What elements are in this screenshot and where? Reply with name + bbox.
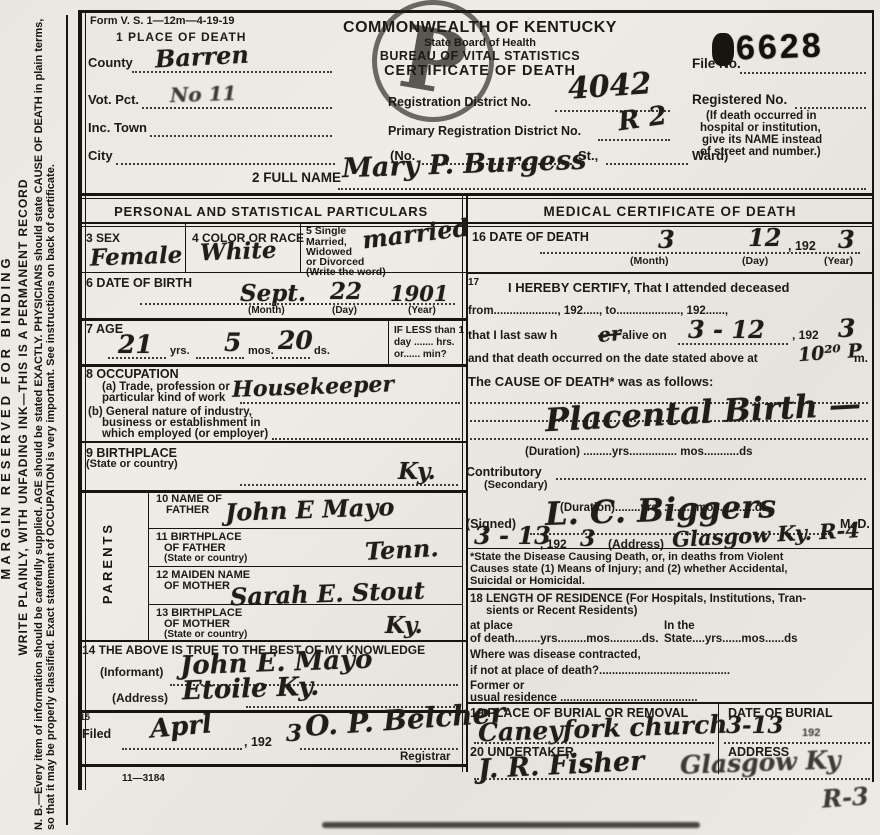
filed-year-suffix-value: 3 [286,722,302,745]
disease-contracted-line2: if not at place of death?...............… [470,665,730,677]
last-saw-year-suffix: 3 [838,316,855,341]
name-rule-b [78,198,874,199]
informant-label: (Informant) [100,666,163,679]
rule [78,490,466,493]
stamp-letter: P [392,6,473,117]
age-mos-label: mos. [248,346,274,358]
last-saw-year-printed: , 192 [792,329,819,342]
registered-no-label: Registered No. [692,93,787,107]
contributory-label: Contributory [466,466,542,479]
form-footer-code: 11—3184 [122,774,165,785]
medical-section-title: MEDICAL CERTIFICATE OF DEATH [468,205,872,219]
occupation-b-line3: which employed (or employer) [102,428,268,440]
dob-label: 6 DATE OF BIRTH [86,277,192,290]
route-smudge-value: R-3 [821,784,869,811]
age-ds-label: ds. [314,346,330,358]
county-label: County [88,56,133,70]
rule [78,318,466,321]
hospital-note-line2: hospital or institution, [700,122,821,134]
margin-write-plainly-note: WRITE PLAINLY, WITH UNFADING INK—THIS IS… [16,4,30,830]
if-less-line3: or...... min? [394,350,447,361]
father-name-value: John E Mayo [225,495,395,525]
mother-maiden-label-2: OF MOTHER [164,581,230,593]
dob-day-value: 22 [330,280,362,303]
age-yrs-label: yrs. [170,346,190,358]
parents-label: PARENTS [100,492,115,634]
death-month-caption: (Month) [630,256,668,267]
burial-place-value: Caneyfork church [478,712,728,746]
if-less-line1: IF LESS than 1 [394,326,464,337]
margin-binding-note: MARGIN RESERVED FOR BINDING [0,4,13,830]
rule [300,222,301,272]
file-no-value: 6628 [735,26,824,68]
rule [148,490,149,640]
file-no-leader [740,72,866,74]
father-name-label-2: FATHER [166,505,209,517]
informant-address-value: Etoile Ky. [182,674,320,705]
cause-leader-3 [470,438,868,440]
rule [78,764,466,767]
death-year-suffix: 3 [838,228,855,252]
occupation-value: Housekeeper [232,373,395,401]
rule [78,272,466,273]
form-border-left [78,10,82,790]
age-months-value: 5 [224,330,241,355]
city-label: City [88,149,113,163]
filed-label: Filed [82,728,111,741]
margin-nb-note: N. B.—Every item of information should b… [34,12,57,830]
birthplace-leader [240,484,458,486]
age-leader-2 [196,357,244,359]
full-name-value: Mary P. Burgess [342,147,587,183]
occupation-label: 8 OCCUPATION [86,368,179,381]
primary-registration-value: R 2 [616,103,668,136]
occupation-b-leader [272,438,460,440]
burial-date-leader [724,742,870,744]
informant-address-label: (Address) [112,692,168,705]
rule [466,222,874,224]
registered-no-leader [795,107,866,109]
contributory-leader [556,478,866,480]
death-day-value: 12 [748,226,781,250]
cause-of-death-label: The CAUSE OF DEATH* was as follows: [468,375,713,389]
ink-blob [712,33,734,66]
rule [148,528,462,529]
father-birthplace-value: Tenn. [364,536,439,564]
occupation-a-line2: particular kind of work [102,392,225,404]
voting-precinct-label: Vot. Pct. [88,93,139,107]
margin-rule [66,15,68,825]
sex-value: Female [90,243,183,269]
age-leader-1 [108,357,166,359]
primary-registration-label: Primary Registration District No. [388,125,581,138]
cause-of-death-value: Placental Birth — [544,388,861,437]
hospital-note-line1: (If death occurred in [706,110,817,122]
burial-year-printed: 192 [802,728,820,740]
rule [466,272,874,274]
dob-year-caption: (Year) [408,306,436,317]
filed-month-value: Aprl [149,711,213,742]
scan-artifact-bar [322,822,700,828]
hospital-note-line4: of street and number.) [700,146,821,158]
if-less-line2: day ....... hrs. [394,338,455,349]
form-border-right [872,10,874,782]
undertaker-address-value: Glasgow Ky [680,747,841,778]
form-number: Form V. S. 1—12m—4-19-19 [90,16,235,28]
death-time-value: 10²⁰ P [797,342,862,365]
form-border-left-inner [85,10,86,790]
footnote-line2: Causes state (1) Means of Injury; and (2… [470,564,787,576]
footnote-line3: Suicidal or Homicidal. [470,576,585,588]
race-value: White [200,239,277,265]
name-rule-a [78,193,874,196]
last-saw-text: that I last saw h [468,329,557,342]
hospital-note-line3: give its NAME instead [702,134,822,146]
rule [78,441,466,443]
rule [148,604,462,605]
filed-year-printed: , 192 [244,736,272,749]
at-place-label: at place [470,620,513,632]
inc-town-label: Inc. Town [88,121,147,135]
residence-label-line2: sients or Recent Residents) [486,605,637,617]
burial-date-value: 3-13 [726,714,784,737]
registrar-label: Registrar [400,751,451,763]
rule [466,702,874,704]
residence-label-line1: 18 LENGTH OF RESIDENCE (For Hospitals, I… [470,593,806,605]
disease-contracted-line1: Where was disease contracted, [470,649,641,661]
former-residence-label: Former or [470,680,524,692]
registration-district-value: 4042 [567,69,652,105]
in-the-label: In the [664,620,695,632]
registrar-leader [300,748,458,750]
occupation-a-leader [240,402,460,404]
death-day-caption: (Day) [742,256,768,267]
death-occurred-text: and that death occurred on the date stat… [468,352,758,364]
column-divider-a [462,196,463,772]
dob-month-caption: (Month) [248,306,285,317]
dob-year-value: 1901 [390,283,448,304]
duration-primary-line: (Duration) .........yrs............... m… [525,446,752,458]
field-17-number: 17 [468,278,479,289]
city-leader [116,163,335,165]
rule [78,640,466,642]
form-border-top [78,10,874,13]
certify-statement: I HEREBY CERTIFY, That I attended deceas… [508,281,790,295]
age-days-value: 20 [278,328,313,353]
age-years-value: 21 [118,332,153,357]
time-m-label: m. [854,352,868,365]
birthplace-value: Ky. [398,460,436,483]
rule [148,566,462,567]
dob-day-caption: (Day) [332,306,357,317]
inc-town-leader [150,135,332,137]
county-value: Barren [154,43,249,72]
father-birthplace-label-3: (State or country) [164,554,247,565]
birthplace-sublabel: (State or country) [86,459,178,471]
dob-month-value: Sept. [240,282,306,305]
rule [466,548,874,549]
rule [388,318,389,364]
death-certificate-scan: MARGIN RESERVED FOR BINDING WRITE PLAINL… [0,0,880,835]
mother-birthplace-value: Ky. [385,614,423,637]
date-of-death-label: 16 DATE OF DEATH [472,231,589,244]
footnote-line1: *State the Disease Causing Death, or, in… [470,552,783,564]
voting-precinct-leader [142,107,332,109]
burial-place-leader [474,742,714,744]
death-year-printed: , 192 [788,240,816,253]
mother-birthplace-label-3: (State or country) [164,630,247,641]
primary-registration-leader [598,139,670,141]
age-leader-3 [272,357,310,359]
state-duration-line: State....yrs......mos......ds [664,633,798,645]
undertaker-leader [474,778,870,780]
rule [466,588,874,590]
filed-leader [122,748,242,750]
secondary-label: (Secondary) [484,480,548,492]
death-year-caption: (Year) [824,256,853,267]
full-name-leader [338,188,866,190]
signed-year-suffix: 3 [580,528,595,550]
last-saw-pronoun-scribble: er [597,323,622,345]
field-15-number: 15 [80,713,90,722]
full-name-label: 2 FULL NAME [252,171,341,185]
voting-precinct-value: No 11 [170,83,237,105]
rule [185,222,186,272]
last-saw-date-value: 3 - 12 [688,318,765,342]
alive-on-label: alive on [622,329,667,342]
of-death-duration-line: of death........yrs.........mos.........… [470,633,659,645]
ward-leader [606,163,688,165]
death-month-value: 3 [658,228,675,252]
personal-section-title: PERSONAL AND STATISTICAL PARTICULARS [80,205,462,219]
